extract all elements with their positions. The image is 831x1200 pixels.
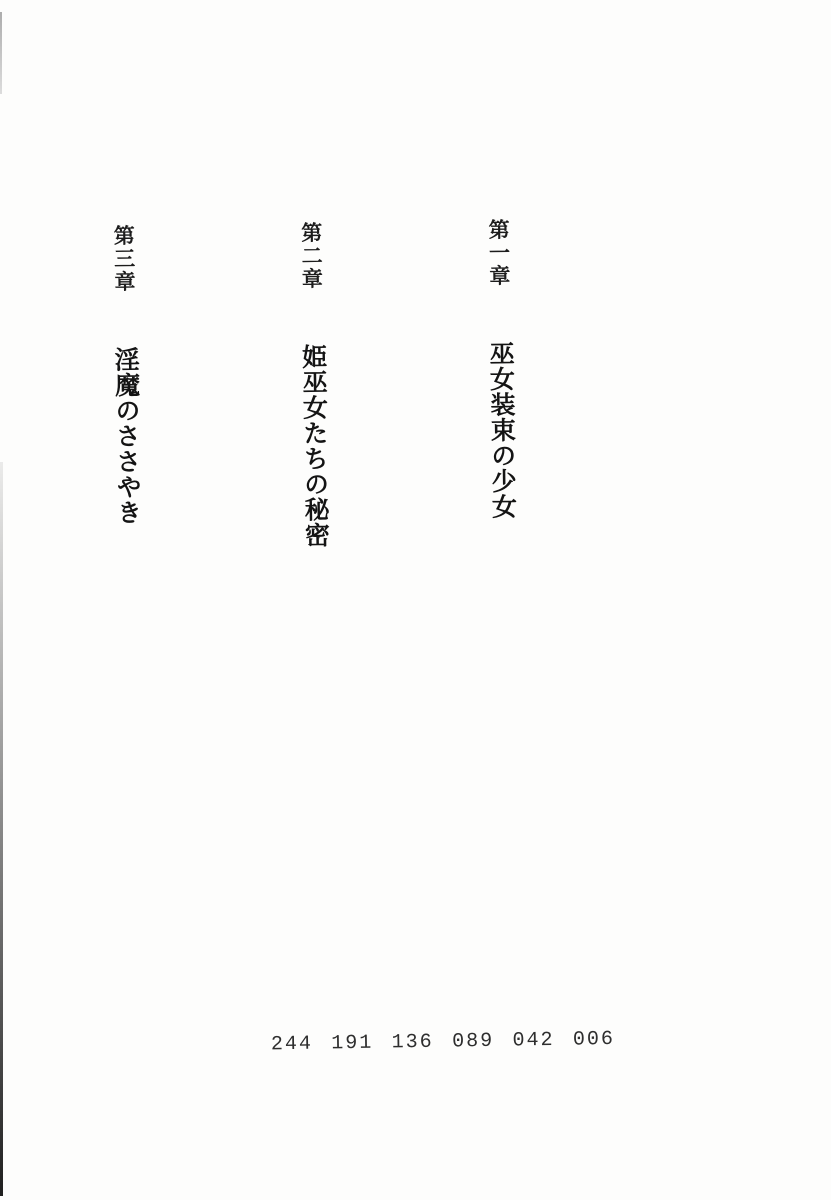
page-number-chapter-2: 042 xyxy=(512,1029,554,1053)
toc-entry-chapter-1: 第一章 巫女装束の少女 xyxy=(411,217,591,546)
page-number-chapter-4: 136 xyxy=(392,1031,434,1055)
page-number-chapter-1: 006 xyxy=(573,1028,615,1052)
page-number-chapter-5: 191 xyxy=(331,1032,373,1056)
page-number-final-chapter: 244 xyxy=(271,1033,313,1057)
scanned-page: 第一章 巫女装束の少女 第二章 姫巫女たちの秘密 第三章 淫魔のささやき 第四章… xyxy=(0,0,831,1200)
page-number-chapter-3: 089 xyxy=(452,1030,494,1054)
chapter-title: 姫巫女たちの秘密 xyxy=(300,343,328,547)
scan-edge-artifact-top xyxy=(0,12,2,94)
toc-entry-chapter-3: 第三章 淫魔のささやき xyxy=(36,223,216,552)
scan-edge-artifact-left xyxy=(0,462,3,1196)
page-number-row: 244 191 136 089 042 006 xyxy=(271,1028,615,1056)
toc-column-list: 第一章 巫女装束の少女 第二章 姫巫女たちの秘密 第三章 淫魔のささやき 第四章… xyxy=(252,217,591,548)
toc-entry-chapter-2: 第二章 姫巫女たちの秘密 xyxy=(211,220,416,549)
chapter-number-label: 第三章 xyxy=(113,224,136,346)
chapter-number-label: 第二章 xyxy=(301,221,324,343)
printed-block: 第一章 巫女装束の少女 第二章 姫巫女たちの秘密 第三章 淫魔のささやき 第四章… xyxy=(0,0,831,1200)
chapter-title: 巫女装束の少女 xyxy=(488,340,516,519)
toc-entry-chapter-4: 第四章 退魔行の果てに xyxy=(0,226,41,555)
chapter-title: 淫魔のささやき xyxy=(113,346,141,525)
chapter-number-label: 第一章 xyxy=(488,218,511,340)
